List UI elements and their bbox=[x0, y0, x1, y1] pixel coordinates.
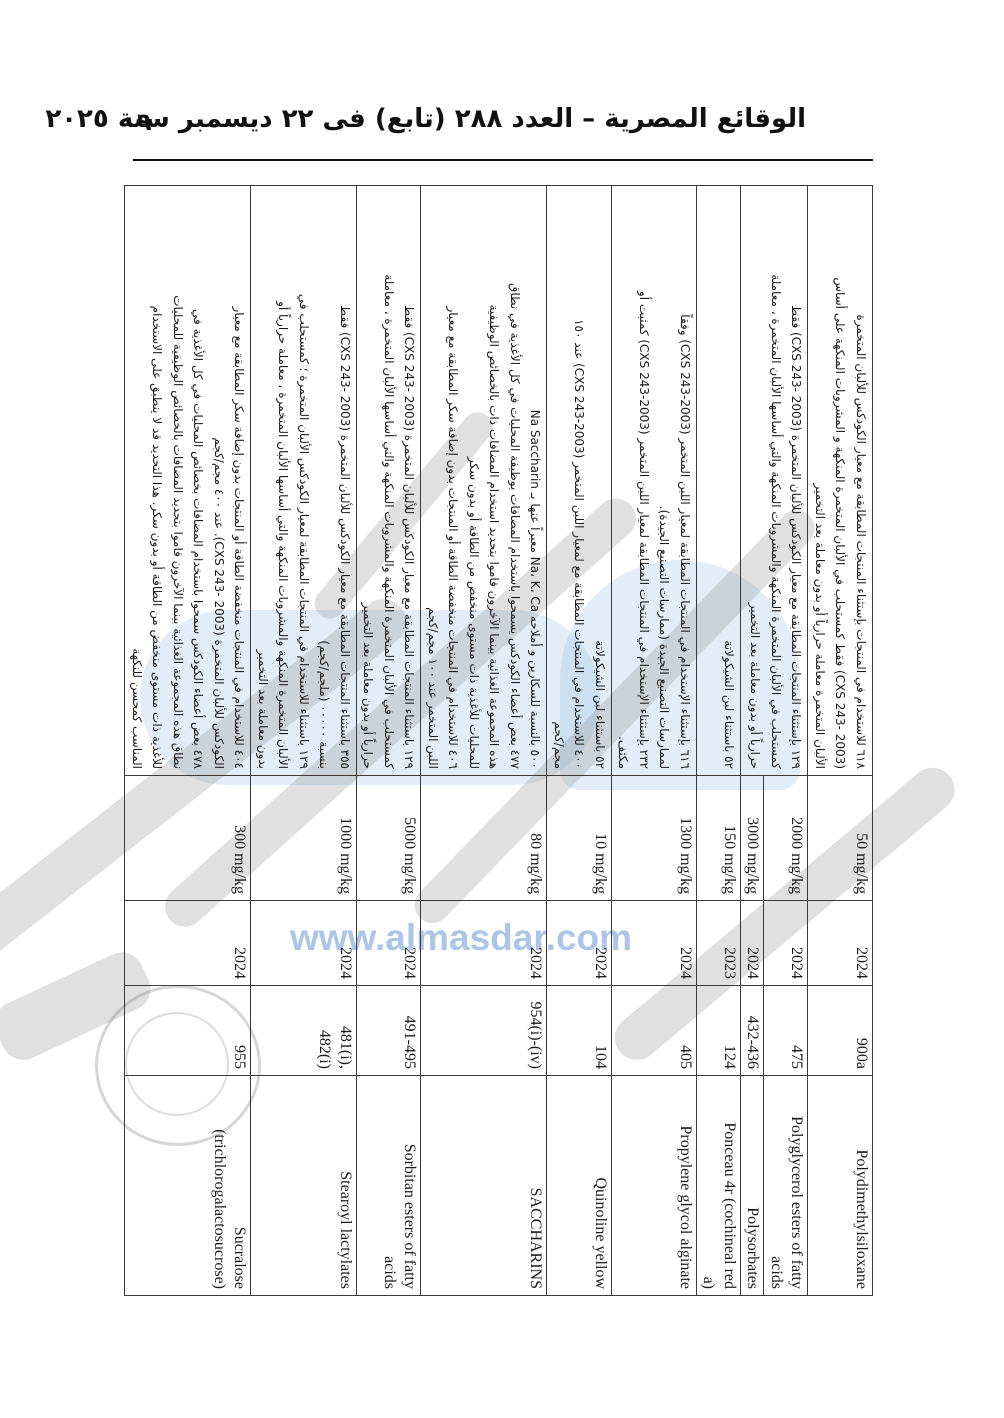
notes-cell: ٦١٦ بإستثناء الإستخدام في المنتجات المطا… bbox=[612, 186, 697, 776]
notes-cell: ٥٢ باستثناء لبن الشيكولاتة٤٠٠ للاستخدام … bbox=[547, 186, 612, 776]
ins-number-cell-line: 955 bbox=[229, 992, 250, 1069]
notes-cell-line: ١٢٩ باستثناء المنتجات المطابقة مع معيار … bbox=[399, 192, 420, 769]
max-level-cell: 2000 mg/kg bbox=[764, 776, 808, 901]
table-row: Stearoyl lactylates481(i),482(i)20241000… bbox=[251, 186, 357, 1296]
additive-name-cell-line: Polydimethylsiloxane bbox=[851, 1082, 872, 1289]
notes-cell: ٤٠٤ للاستخدام في المنتجات منخفضة الطاقة … bbox=[125, 186, 251, 776]
food-additives-table: Polydimethylsiloxane900a202450 mg/kg٦١٨ … bbox=[125, 185, 874, 1296]
notes-cell-line: كمستحلب في الألبان المتخمرة المنكهة والم… bbox=[766, 192, 787, 769]
additive-name-cell: Quinoline yellow bbox=[547, 1076, 612, 1296]
ins-number-cell: 405 bbox=[612, 986, 697, 1076]
notes-cell-line: نطاق هذه المجموعة الغذائية بينما الآخرون… bbox=[168, 192, 189, 769]
additives-table-body: Polydimethylsiloxane900a202450 mg/kg٦١٨ … bbox=[125, 186, 873, 1296]
additive-name-cell-line: SACCHARINS bbox=[525, 1082, 546, 1289]
notes-cell-line: ٦١٦ بإستثناء الإستخدام في المنتجات المطا… bbox=[675, 192, 696, 769]
year-cell: 2024 bbox=[251, 901, 357, 986]
notes-cell-line: حرارياً أو بدون معاملة بعد التخمير bbox=[745, 192, 766, 769]
additive-name-cell-line: Polysorbates bbox=[742, 1082, 763, 1289]
additive-name-cell-line: Stearoyl lactylates bbox=[335, 1082, 356, 1289]
year-cell: 2024 bbox=[612, 901, 697, 986]
year-cell: 2024 bbox=[547, 901, 612, 986]
year-cell: 2023 bbox=[697, 901, 741, 986]
ins-number-cell: 954(i)-(iv) bbox=[421, 986, 547, 1076]
max-level-cell: 50 mg/kg bbox=[808, 776, 873, 901]
notes-cell-line: للأغذية ذات مستوى منخفض من الطاقة أو بدو… bbox=[147, 192, 168, 769]
notes-cell-line: للمحليات للأغذية ذات مستوى منخفض من الطا… bbox=[464, 192, 485, 769]
ins-number-cell-line: 482(i) bbox=[314, 992, 335, 1069]
ins-number-cell-line: 475 bbox=[786, 992, 807, 1069]
year-cell: 2024 bbox=[741, 901, 765, 986]
ins-number-cell-line: 432-436 bbox=[742, 992, 763, 1069]
ins-number-cell: 491-495 bbox=[357, 986, 422, 1076]
ins-number-cell: 475 bbox=[764, 986, 808, 1076]
table-row: Ponceau 4r (cochineal reda)1242023150 mg… bbox=[697, 186, 741, 1296]
ins-number-cell-line: 124 bbox=[719, 992, 740, 1069]
year-cell: 2024 bbox=[764, 901, 808, 986]
additive-name-cell: Polydimethylsiloxane bbox=[808, 1076, 873, 1296]
additive-name-cell: Sucralose(trichlorogalactosucrose) bbox=[125, 1076, 251, 1296]
ins-number-cell: 432-436 bbox=[741, 986, 765, 1076]
ins-number-cell: 104 bbox=[547, 986, 612, 1076]
ins-number-cell: 124 bbox=[697, 986, 741, 1076]
notes-cell-line: ٥٢ باستثناء لبن الشيكولاتة bbox=[590, 192, 611, 769]
max-level-cell: 1300 mg/kg bbox=[612, 776, 697, 901]
table-row: SACCHARINS954(i)-(iv)202480 mg/kg٥٠٠ بال… bbox=[421, 186, 547, 1296]
notes-cell-line: ٥٠٠ بالنسبة للسكارين و أملاحه Na، K، Ca … bbox=[525, 192, 546, 769]
notes-cell-line: (CXS 243- 2003) فقط كمستحلب في الألبان ا… bbox=[830, 192, 851, 769]
ins-number-cell: 481(i),482(i) bbox=[251, 986, 357, 1076]
additives-table-container: Polydimethylsiloxane900a202450 mg/kg٦١٨ … bbox=[133, 185, 873, 1295]
ins-number-cell: 900a bbox=[808, 986, 873, 1076]
additive-name-cell: SACCHARINS bbox=[421, 1076, 547, 1296]
max-level-cell: 10 mg/kg bbox=[547, 776, 612, 901]
additive-name-cell-line: acids bbox=[379, 1082, 400, 1289]
notes-cell-line: ٥٢ باستثناء لبن الشيكولاتة bbox=[719, 192, 740, 769]
table-row: Sorbitan esters of fattyacids491-4952024… bbox=[357, 186, 422, 1296]
additive-name-cell-line: (trichlorogalactosucrose) bbox=[209, 1082, 230, 1289]
max-level-cell: 300 mg/kg bbox=[125, 776, 251, 901]
additive-name-cell: Ponceau 4r (cochineal reda) bbox=[697, 1076, 741, 1296]
notes-cell-line: ٤٠٦ للاستخدام في المنتجات منخفضة الطاقة … bbox=[443, 192, 464, 769]
ins-number-cell-line: 104 bbox=[590, 992, 611, 1069]
notes-cell-line: ٤٠٤ للاستخدام في المنتجات منخفضة الطاقة … bbox=[229, 192, 250, 769]
year-cell: 2024 bbox=[125, 901, 251, 986]
notes-cell-line: مجم/كجم bbox=[549, 192, 570, 769]
table-row: Quinoline yellow104202410 mg/kg٥٢ باستثن… bbox=[547, 186, 612, 1296]
notes-cell: ١٢٩ بإستثناء المنتجات المطابقة مع معيار … bbox=[741, 186, 809, 776]
notes-cell: ١٢٩ باستثناء المنتجات المطابقة مع معيار … bbox=[357, 186, 422, 776]
additive-name-cell: Stearoyl lactylates bbox=[251, 1076, 357, 1296]
max-level-cell: 5000 mg/kg bbox=[357, 776, 422, 901]
notes-cell-line: الألبان المتخمرة معاملة حرارياً أو بدون … bbox=[810, 192, 831, 769]
ins-number-cell: 955 bbox=[125, 986, 251, 1076]
ins-number-cell-line: 481(i), bbox=[335, 992, 356, 1069]
additive-name-cell-line: Propylene glycol alginate bbox=[675, 1082, 696, 1289]
notes-cell-line: ١٢٩ بإستثناء المنتجات المطابقة مع معيار … bbox=[786, 192, 807, 769]
table-row: Polydimethylsiloxane900a202450 mg/kg٦١٨ … bbox=[808, 186, 873, 1296]
notes-cell: ٦١٨ للاستخدام في المنتجات بإستثناء المنت… bbox=[808, 186, 873, 776]
notes-cell-line: ١٢٩ باستثناء للاستخدام في المنتجات المطا… bbox=[294, 192, 315, 769]
header-divider bbox=[133, 159, 873, 161]
additive-name-cell-line: Polyglycerol esters of fatty bbox=[786, 1082, 807, 1289]
notes-cell-line: ٤٧٨ بعض أعضاء الكودكس سمحوا باستخدام الم… bbox=[188, 192, 209, 769]
max-level-cell: 150 mg/kg bbox=[697, 776, 741, 901]
ins-number-cell-line: 900a bbox=[851, 992, 872, 1069]
additive-name-cell: Propylene glycol alginate bbox=[612, 1076, 697, 1296]
additive-name-cell-line: Sorbitan esters of fatty bbox=[399, 1082, 420, 1289]
notes-cell-line: ٣٥٥ باستثناء المنتجات المطابقة مع معيار … bbox=[335, 192, 356, 769]
notes-cell: ٣٥٥ باستثناء المنتجات المطابقة مع معيار … bbox=[251, 186, 357, 776]
year-cell: 2024 bbox=[808, 901, 873, 986]
notes-cell-line: المناسب كمحسن للنكهة bbox=[127, 192, 148, 769]
additive-name-cell: Sorbitan esters of fattyacids bbox=[357, 1076, 422, 1296]
notes-cell-line: لممارسات التصنيع الجيدة (ممارسات التصنيع… bbox=[654, 192, 675, 769]
page-number: ٩ bbox=[137, 108, 152, 136]
notes-cell-line: بدون معاملة بعد التخمير bbox=[253, 192, 274, 769]
ins-number-cell-line: 954(i)-(iv) bbox=[525, 992, 546, 1069]
max-level-cell: 80 mg/kg bbox=[421, 776, 547, 901]
notes-cell-line: حرارياً أو بدون معاملة بعد التخمير bbox=[358, 192, 379, 769]
ins-number-cell-line: 491-495 bbox=[399, 992, 420, 1069]
notes-cell-line: بنسبة ٠٠٠٠٠ (ملجم/كجم) bbox=[314, 192, 335, 769]
table-row: Polyglycerol esters of fattyacids4752024… bbox=[764, 186, 808, 1296]
notes-cell-line: الألبان المتخمرة المنكهة والمشروبات المن… bbox=[273, 192, 294, 769]
additive-name-cell: Polysorbates bbox=[741, 1076, 765, 1296]
additive-name-cell-line: acids bbox=[766, 1082, 787, 1289]
notes-cell-line: الكودكس للألبان المتخمرة (CXS 243- 2003)… bbox=[209, 192, 230, 769]
notes-cell-line: هذه المجموعة الغذائية بينما الآخرون قامو… bbox=[484, 192, 505, 769]
additive-name-cell-line: a) bbox=[698, 1082, 719, 1289]
notes-cell-line: كمستحلب في الألبان المتخمرة المنكهة والم… bbox=[379, 192, 400, 769]
max-level-cell: 1000 mg/kg bbox=[251, 776, 357, 901]
notes-cell-line: ٢٣٢ بإستثناء الإستخدام في المنتجات المطا… bbox=[634, 192, 655, 769]
additive-name-cell: Polyglycerol esters of fattyacids bbox=[764, 1076, 808, 1296]
notes-cell-line: ٤٧٧ بعض أعضاء الكودكس يسمحوا باستخدام ال… bbox=[505, 192, 526, 769]
notes-cell-line: ٦١٨ للاستخدام في المنتجات بإستثناء المنت… bbox=[851, 192, 872, 769]
notes-cell-line: اللبن المتخمر عند ١٠٠ مجم/كجم bbox=[423, 192, 444, 769]
table-row: Sucralose(trichlorogalactosucrose)955202… bbox=[125, 186, 251, 1296]
year-cell: 2024 bbox=[421, 901, 547, 986]
additive-name-cell-line: Sucralose bbox=[229, 1082, 250, 1289]
notes-cell-line: مكثف. bbox=[613, 192, 634, 769]
year-cell: 2024 bbox=[357, 901, 422, 986]
notes-cell-line: ٤٠٠ للاستخدام في المنتجات المطابقة مع لم… bbox=[569, 192, 590, 769]
notes-cell: ٥٠٠ بالنسبة للسكارين و أملاحه Na، K، Ca … bbox=[421, 186, 547, 776]
max-level-cell: 3000 mg/kg bbox=[741, 776, 765, 901]
gazette-header-title: الوقائع المصرية – العدد ٢٨٨ (تابع) فى ٢٢… bbox=[45, 104, 806, 134]
additive-name-cell-line: Ponceau 4r (cochineal red bbox=[719, 1082, 740, 1289]
ins-number-cell-line: 405 bbox=[675, 992, 696, 1069]
table-row: Propylene glycol alginate40520241300 mg/… bbox=[612, 186, 697, 1296]
additive-name-cell-line: Quinoline yellow bbox=[590, 1082, 611, 1289]
rotated-table: Polydimethylsiloxane900a202450 mg/kg٦١٨ … bbox=[125, 185, 874, 1295]
notes-cell: ٥٢ باستثناء لبن الشيكولاتة bbox=[697, 186, 741, 776]
